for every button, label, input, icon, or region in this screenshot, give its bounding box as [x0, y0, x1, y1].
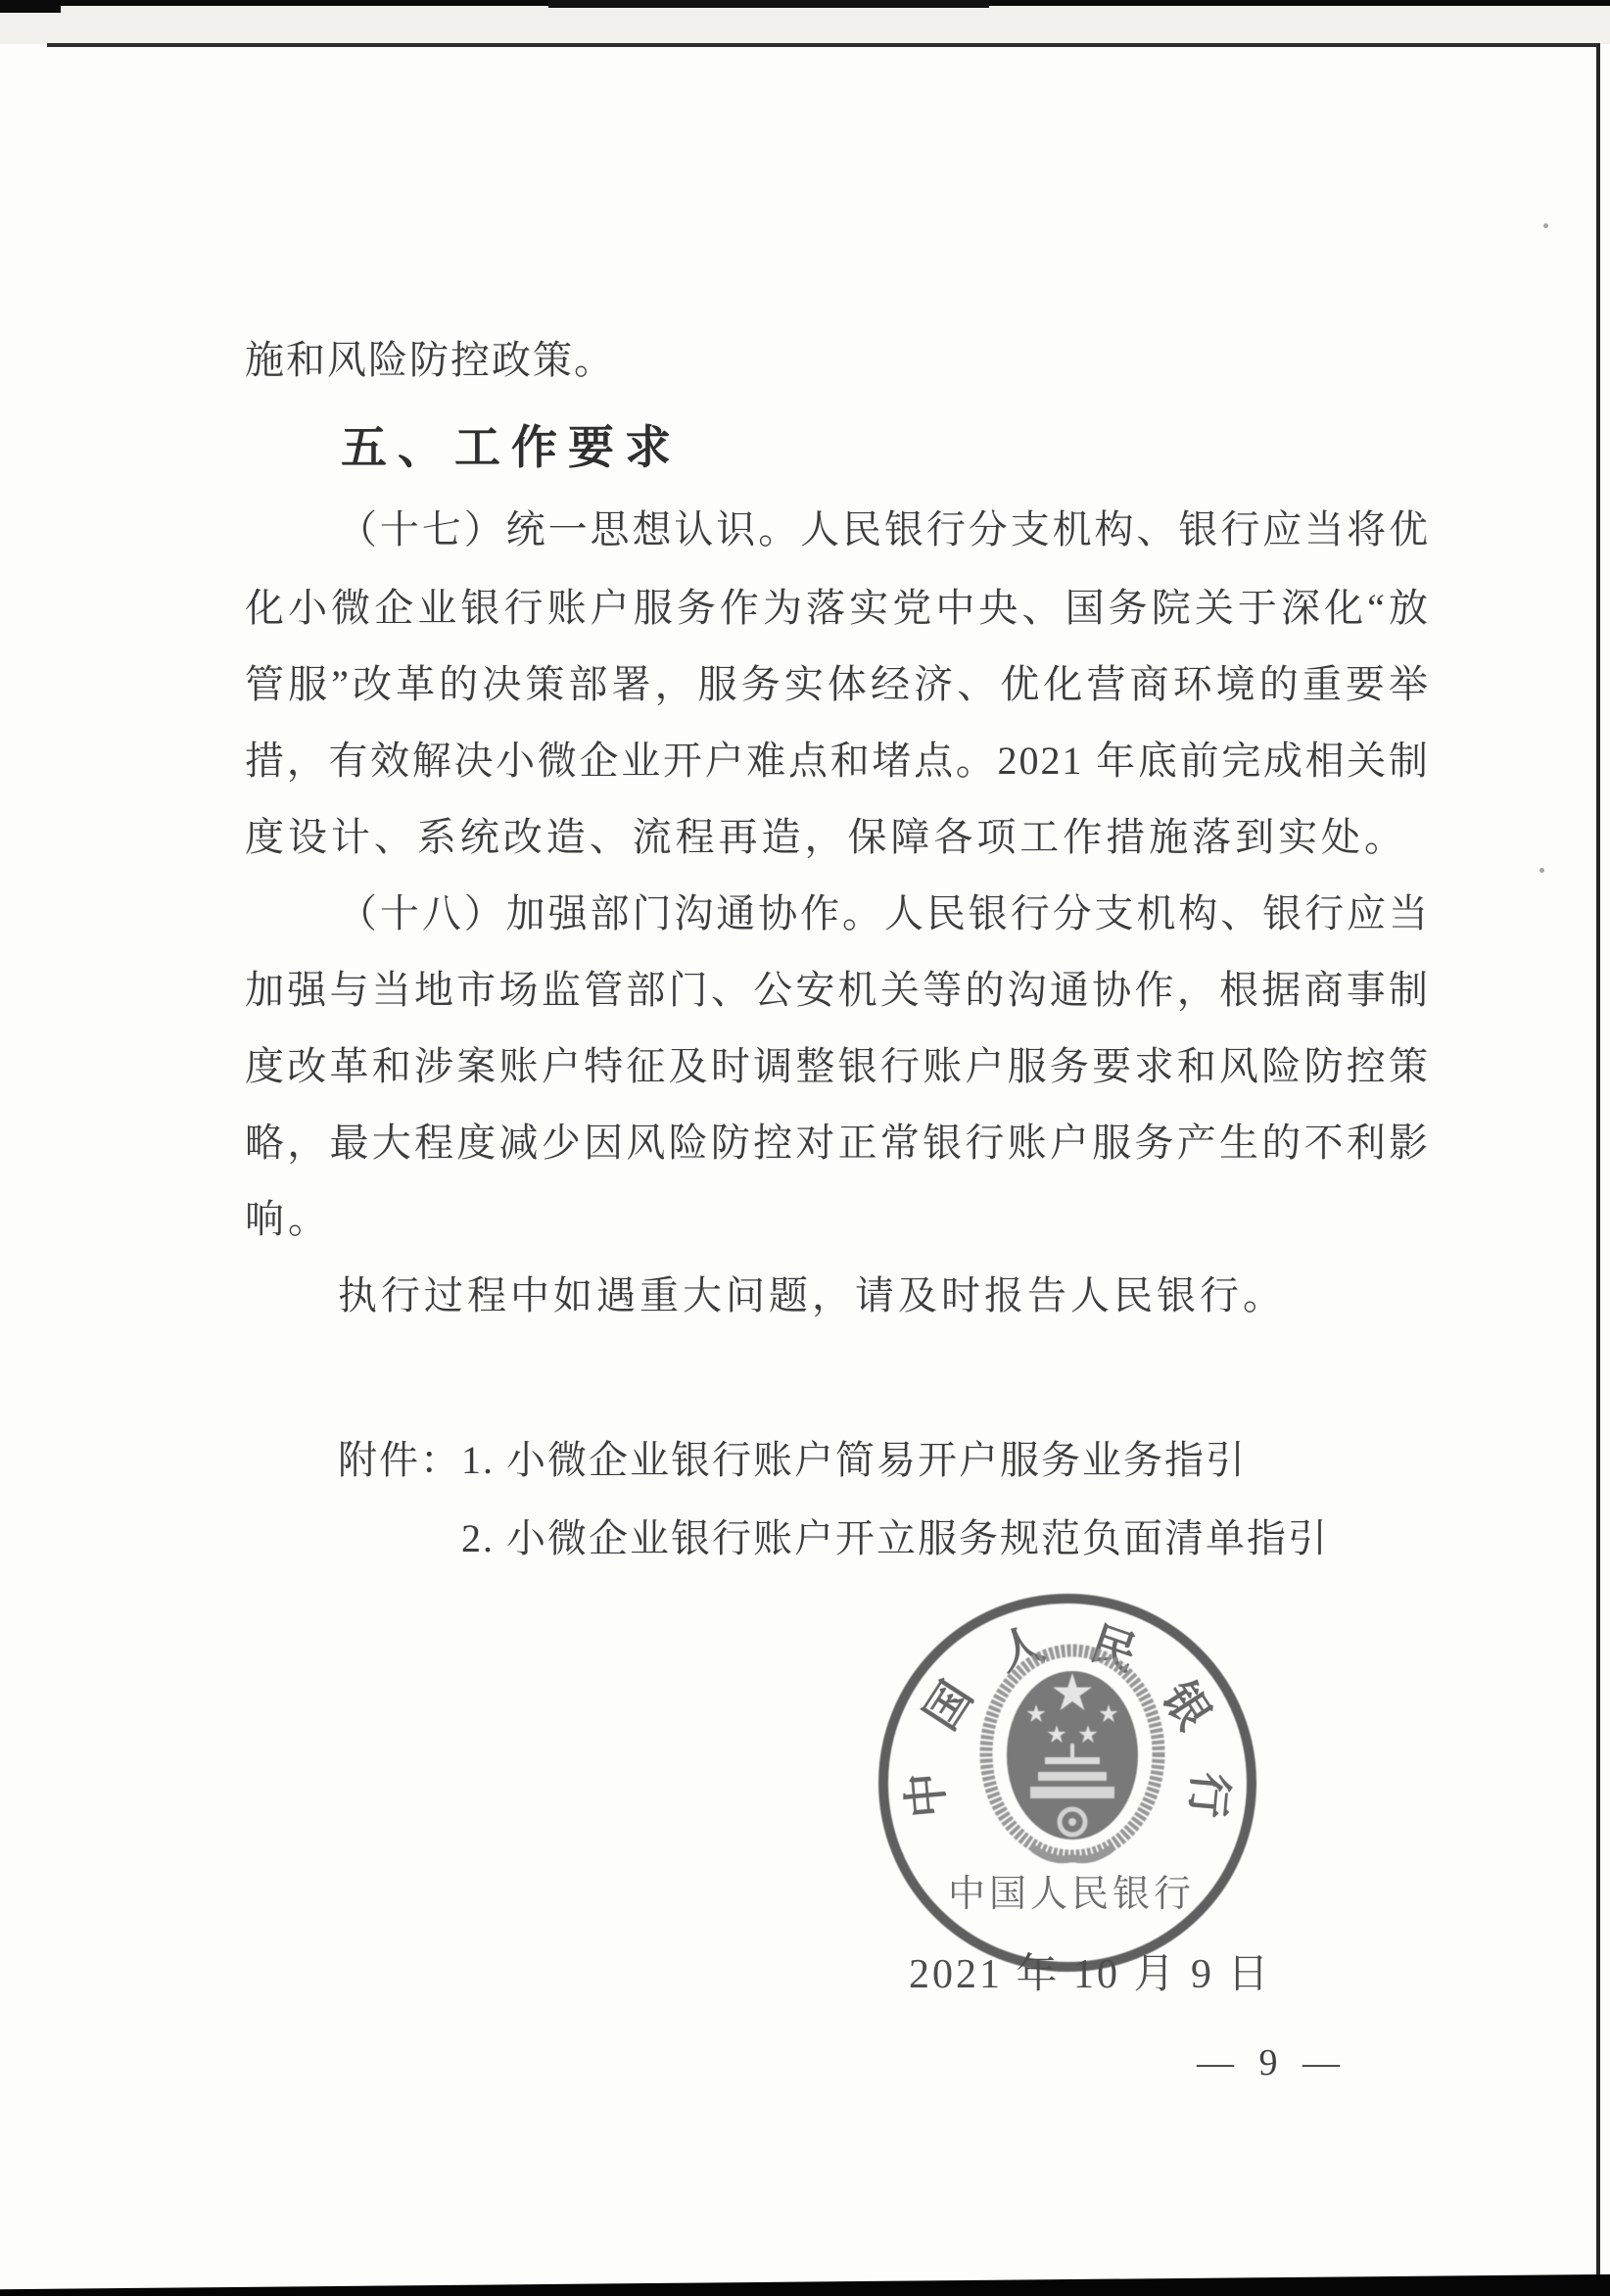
- scan-artifact-top-mid-segment: [548, 0, 989, 8]
- body-line: 响。: [245, 1197, 331, 1242]
- body-line: 施和风险防控政策。: [245, 338, 615, 383]
- body-line: （十八）加强部门沟通协作。人民银行分支机构、银行应当: [338, 891, 1430, 936]
- section-heading: 五、工作要求: [341, 421, 682, 474]
- body-line: 化小微企业银行账户服务作为落实党中央、国务院关于深化“放: [245, 586, 1430, 631]
- scan-artifact-bottom-bar: [0, 2263, 1610, 2296]
- body-line: 度设计、系统改造、流程再造，保障各项工作措施落到实处。: [245, 815, 1405, 860]
- document-date: 2021 年 10 月 9 日: [909, 1941, 1272, 2000]
- body-line: （十七）统一思想认识。人民银行分支机构、银行应当将优: [338, 507, 1430, 552]
- page-number: — 9 —: [1197, 2041, 1348, 2084]
- attachment-line-2: 2. 小微企业银行账户开立服务规范负面清单指引: [461, 1516, 1329, 1561]
- body-line: 略，最大程度减少因风险防控对正常银行账户服务产生的不利影: [245, 1121, 1430, 1166]
- national-emblem: [979, 1638, 1165, 1888]
- body-line: 管服”改革的决策部署，服务实体经济、优化营商环境的重要举: [245, 662, 1430, 707]
- body-line: 措，有效解决小微企业开户难点和堵点。2021 年底前完成相关制: [245, 739, 1430, 784]
- body-line: 加强与当地市场监管部门、公安机关等的沟通协作，根据商事制: [245, 968, 1430, 1013]
- seal-arc-char: 中: [889, 1770, 958, 1821]
- scan-speck: [1543, 223, 1548, 228]
- page-edge-vertical-line: [1596, 43, 1600, 2296]
- page-edge-horizontal-line: [47, 43, 1600, 47]
- seal-bank-name-text: 中国人民银行: [948, 1863, 1195, 1917]
- body-line: 执行过程中如遇重大问题，请及时报告人民银行。: [338, 1273, 1286, 1318]
- scan-speck: [1539, 868, 1544, 873]
- seal-arc-char: 行: [1178, 1770, 1247, 1821]
- scanned-document-page: 施和风险防控政策。 五、工作要求 （十七）统一思想认识。人民银行分支机构、银行应…: [0, 0, 1610, 2296]
- scan-artifact-top-left-tab: [0, 0, 61, 13]
- attachment-line-1: 附件：1. 小微企业银行账户简易开户服务业务指引: [338, 1438, 1247, 1483]
- body-line: 度改革和涉案账户特征及时调整银行账户服务要求和风险防控策: [245, 1044, 1430, 1089]
- scan-top-shading: [0, 5, 1610, 44]
